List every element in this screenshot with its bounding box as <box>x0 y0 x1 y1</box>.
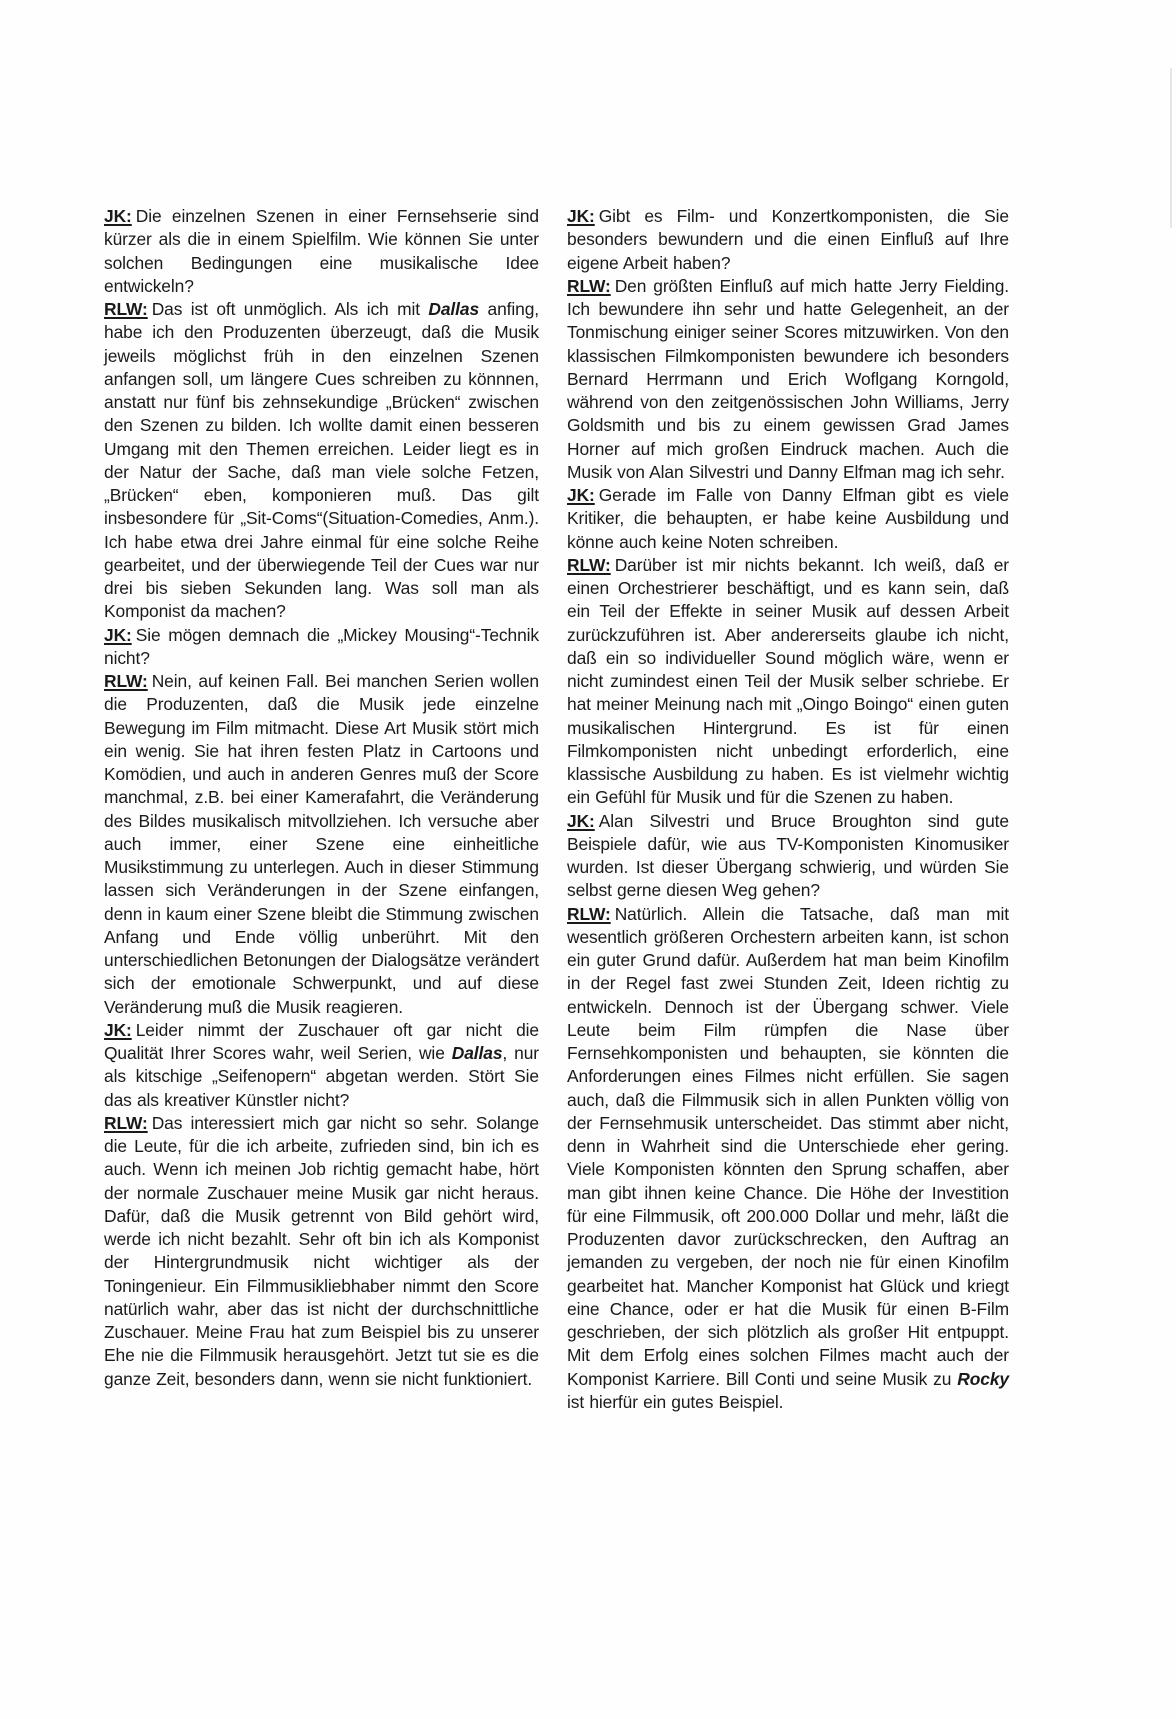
interview-paragraph: RLW:Das interessiert mich gar nicht so s… <box>104 1112 539 1391</box>
speaker-label: RLW: <box>104 1113 148 1133</box>
interview-paragraph: JK:Sie mögen demnach die „Mickey Mousing… <box>104 624 539 671</box>
paragraph-text: Gibt es Film- und Konzertkomponisten, di… <box>567 206 1009 273</box>
paragraph-text: Nein, auf keinen Fall. Bei manchen Serie… <box>104 671 539 1017</box>
speaker-label: JK: <box>104 1020 132 1040</box>
speaker-label: JK: <box>567 811 595 831</box>
paragraph-text: anfing, habe ich den Produzenten überzeu… <box>104 299 539 621</box>
paragraph-text: Natürlich. Allein die Tatsache, daß man … <box>567 904 1009 1389</box>
paragraph-text: Das ist oft unmöglich. Als ich mit <box>152 299 429 319</box>
speaker-label: RLW: <box>567 555 611 575</box>
interview-paragraph: RLW:Natürlich. Allein die Tatsache, daß … <box>567 903 1009 1415</box>
left-column: JK:Die einzelnen Szenen in einer Fernseh… <box>104 205 539 1391</box>
paragraph-text: Darüber ist mir nichts bekannt. Ich weiß… <box>567 555 1009 808</box>
speaker-label: RLW: <box>567 276 611 296</box>
interview-paragraph: RLW:Das ist oft unmöglich. Als ich mit D… <box>104 298 539 624</box>
paragraph-text: Sie mögen demnach die „Mickey Mousing“-T… <box>104 625 539 668</box>
speaker-label: JK: <box>104 625 132 645</box>
title-reference: Dallas <box>428 299 479 319</box>
paragraph-text: ist hierfür ein gutes Beispiel. <box>567 1392 783 1412</box>
interview-paragraph: RLW:Den größten Einfluß auf mich hatte J… <box>567 275 1009 484</box>
paragraph-text: Die einzelnen Szenen in einer Fernsehser… <box>104 206 539 296</box>
speaker-label: JK: <box>104 206 132 226</box>
paragraph-text: Alan Silvestri und Bruce Broughton sind … <box>567 811 1009 901</box>
paragraph-text: Gerade im Falle von Danny Elfman gibt es… <box>567 485 1009 552</box>
interview-paragraph: JK:Gerade im Falle von Danny Elfman gibt… <box>567 484 1009 554</box>
document-page: JK:Die einzelnen Szenen in einer Fernseh… <box>0 0 1176 1719</box>
paragraph-text: Den größten Einfluß auf mich hatte Jerry… <box>567 276 1009 482</box>
interview-paragraph: JK:Alan Silvestri und Bruce Broughton si… <box>567 810 1009 903</box>
interview-paragraph: JK:Die einzelnen Szenen in einer Fernseh… <box>104 205 539 298</box>
interview-paragraph: RLW:Nein, auf keinen Fall. Bei manchen S… <box>104 670 539 1019</box>
interview-paragraph: RLW:Darüber ist mir nichts bekannt. Ich … <box>567 554 1009 810</box>
right-column: JK:Gibt es Film- und Konzertkomponisten,… <box>567 205 1009 1414</box>
speaker-label: RLW: <box>104 299 148 319</box>
paragraph-text: Das interessiert mich gar nicht so sehr.… <box>104 1113 539 1389</box>
speaker-label: RLW: <box>104 671 148 691</box>
title-reference: Rocky <box>957 1369 1009 1389</box>
scan-edge-mark <box>1170 68 1172 228</box>
interview-paragraph: JK:Gibt es Film- und Konzertkomponisten,… <box>567 205 1009 275</box>
speaker-label: JK: <box>567 485 595 505</box>
speaker-label: RLW: <box>567 904 611 924</box>
speaker-label: JK: <box>567 206 595 226</box>
interview-paragraph: JK:Leider nimmt der Zuschauer oft gar ni… <box>104 1019 539 1112</box>
title-reference: Dallas <box>452 1043 503 1063</box>
